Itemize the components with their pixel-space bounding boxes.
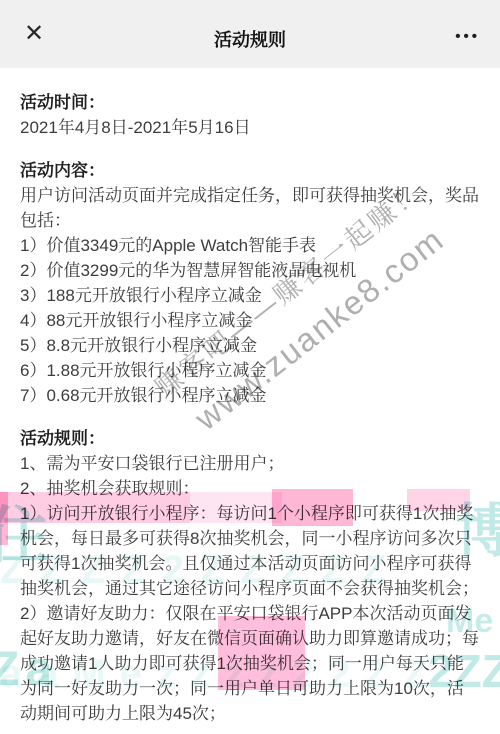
date-range: 2021年4月8日-2021年5月16日	[20, 115, 480, 140]
rule-item: 1）访问开放银行小程序：每访问1个小程序即可获得1次抽奖机会，每日最多可获得8次…	[20, 501, 480, 601]
section-heading: 活动内容：	[20, 158, 480, 183]
section-activity-rules: 活动规则： 1、需为平安口袋银行已注册用户； 2、抽奖机会获取规则： 1）访问开…	[20, 426, 480, 726]
rule-item: 1、需为平安口袋银行已注册用户；	[20, 451, 480, 476]
prize-item: 7）0.68元开放银行小程序立减金	[20, 383, 480, 408]
content-intro: 用户访问活动页面并完成指定任务，即可获得抽奖机会，奖品包括：	[20, 183, 480, 233]
prize-item: 6）1.88元开放银行小程序立减金	[20, 358, 480, 383]
prize-item: 5）8.8元开放银行小程序立减金	[20, 333, 480, 358]
prize-item: 4）88元开放银行小程序立减金	[20, 308, 480, 333]
rule-item: 2）邀请好友助力：仅限在平安口袋银行APP本次活动页面发起好友助力邀请，好友在微…	[20, 601, 480, 726]
section-heading: 活动规则：	[20, 426, 480, 451]
prize-item: 3）188元开放银行小程序立减金	[20, 283, 480, 308]
header-bar: ✕ 活动规则 •••	[0, 0, 500, 68]
section-activity-time: 活动时间： 2021年4月8日-2021年5月16日	[20, 90, 480, 140]
prize-item: 1）价值3349元的Apple Watch智能手表	[20, 233, 480, 258]
more-menu-icon[interactable]: •••	[455, 28, 480, 45]
rule-item: 2、抽奖机会获取规则：	[20, 476, 480, 501]
page-title: 活动规则	[0, 26, 500, 52]
section-activity-content: 活动内容： 用户访问活动页面并完成指定任务，即可获得抽奖机会，奖品包括： 1）价…	[20, 158, 480, 408]
activity-rules-page: ✕ 活动规则 ••• 活动时间： 2021年4月8日-2021年5月16日 活动…	[0, 0, 500, 734]
prize-item: 2）价值3299元的华为智慧屏智能液晶电视机	[20, 258, 480, 283]
rules-content: 活动时间： 2021年4月8日-2021年5月16日 活动内容： 用户访问活动页…	[0, 68, 500, 726]
section-heading: 活动时间：	[20, 90, 480, 115]
